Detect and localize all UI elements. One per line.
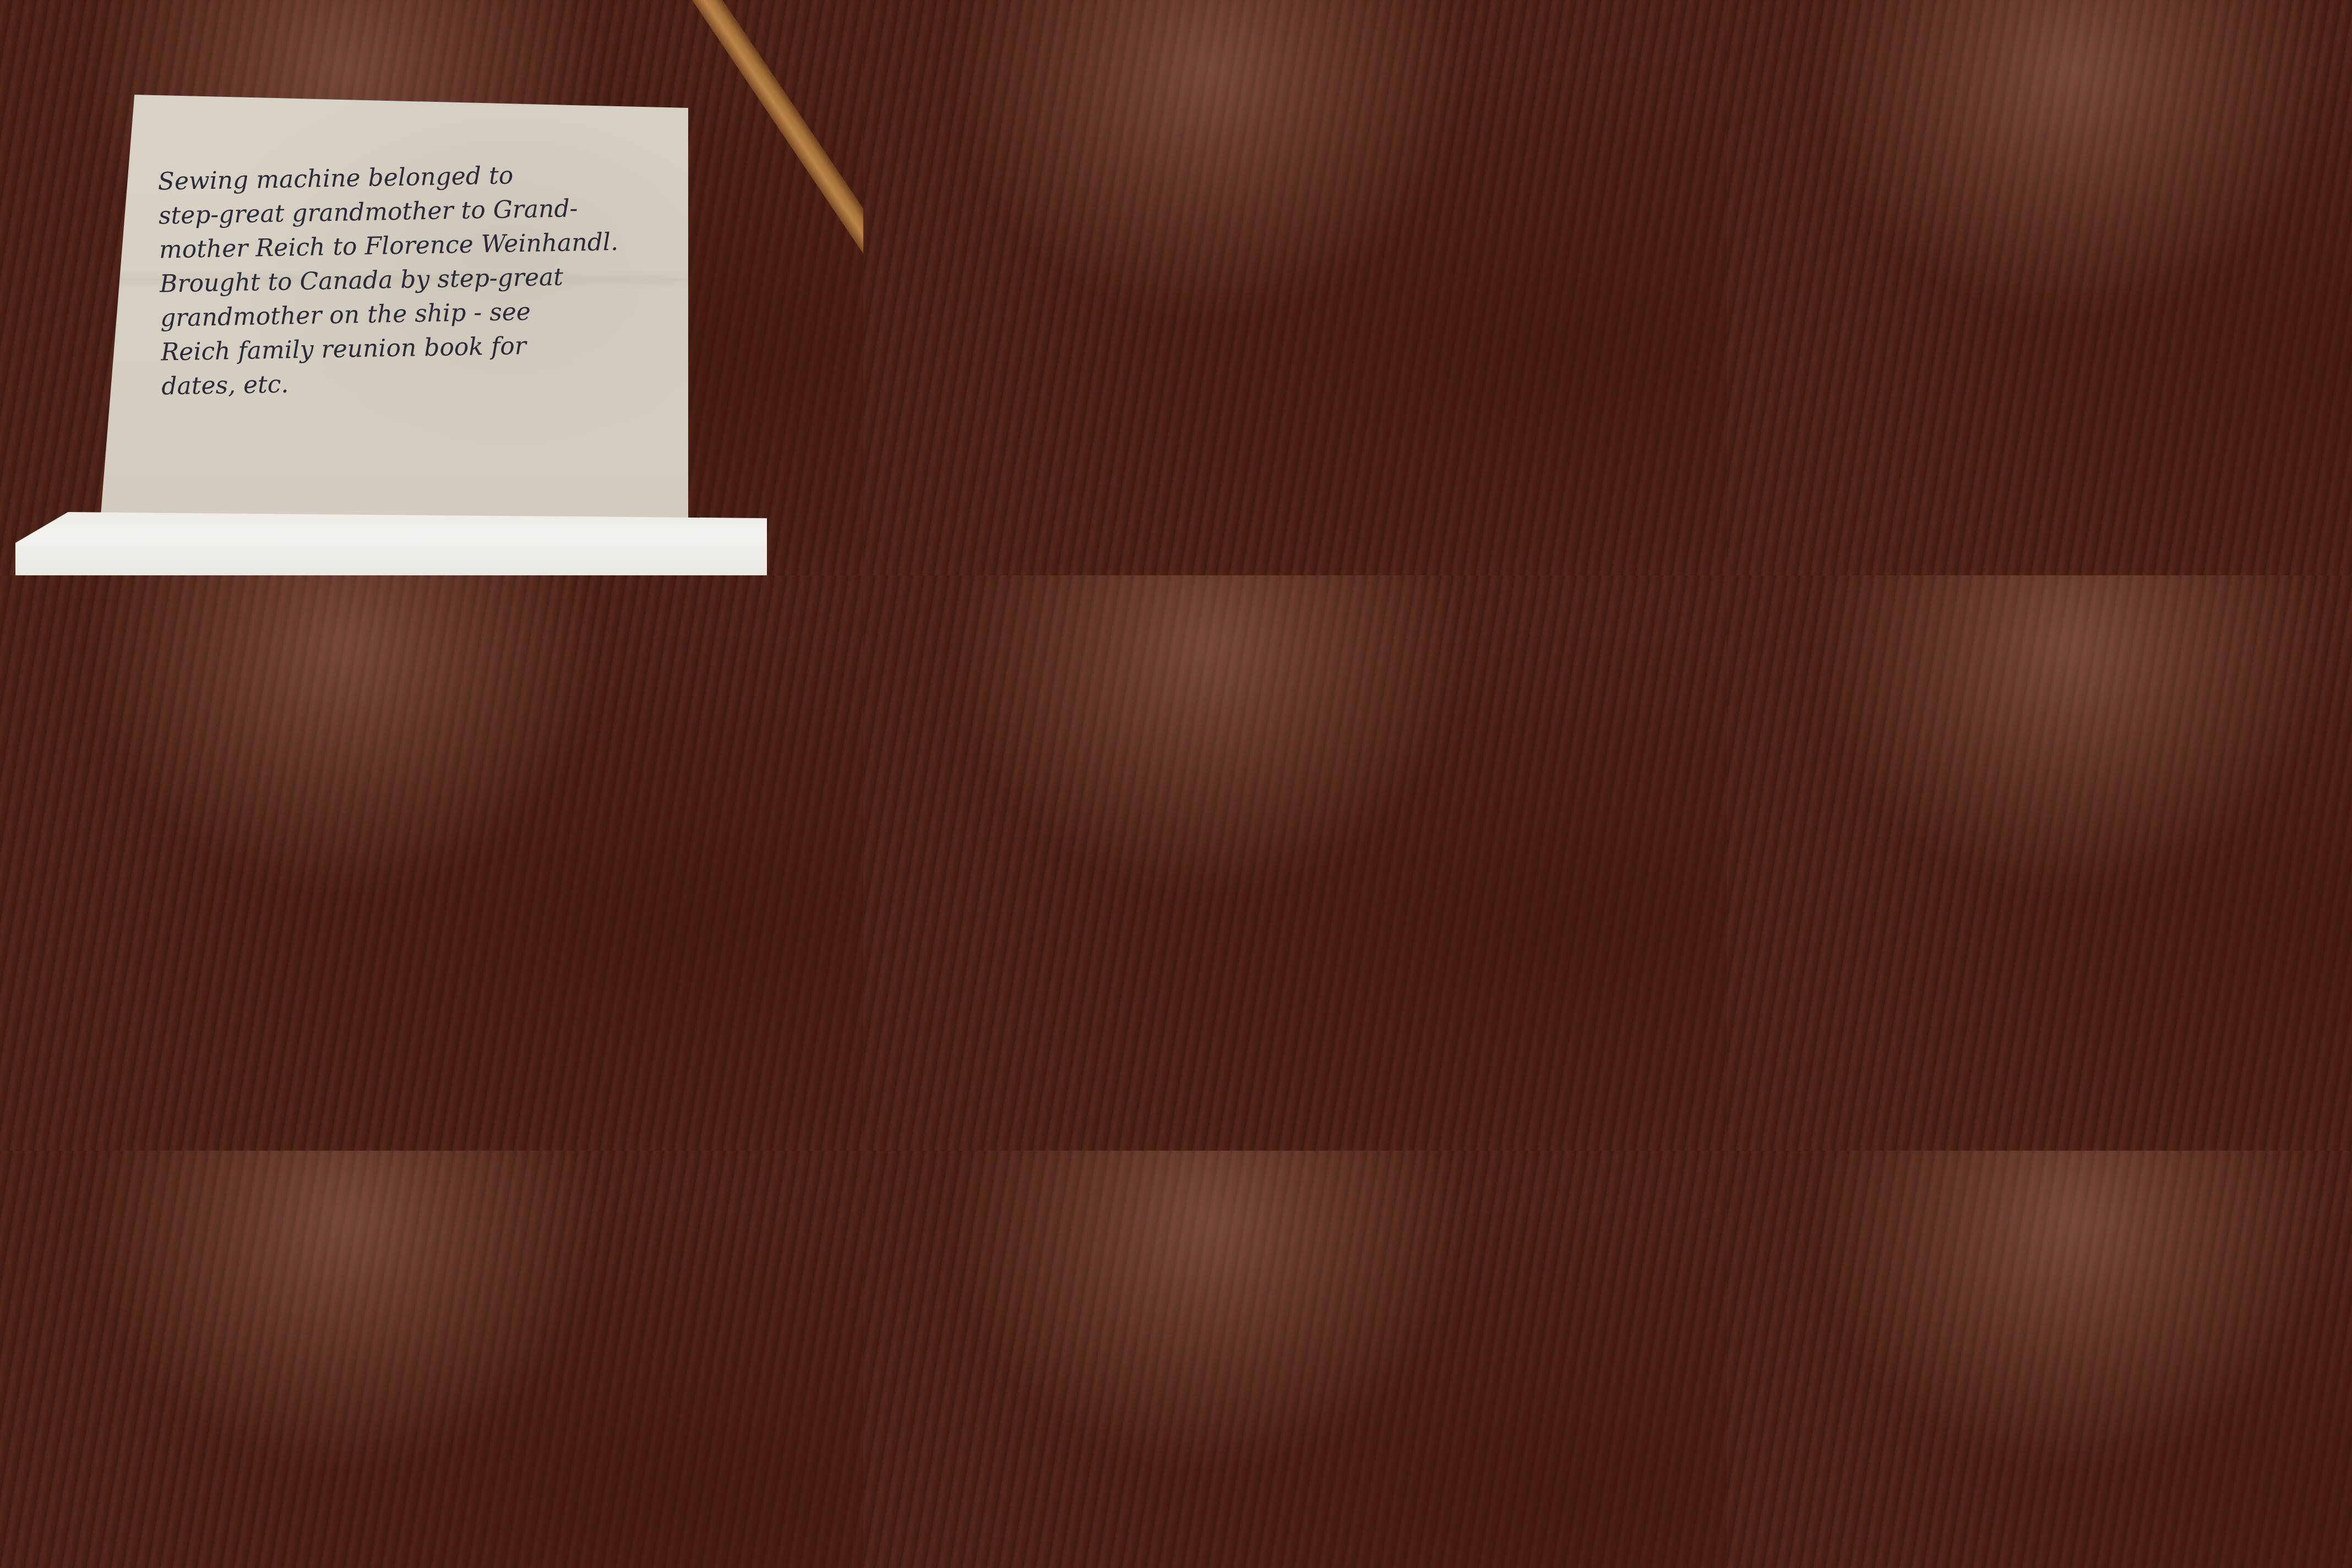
white-card-stand — [15, 512, 767, 575]
note-text: Sewing machine belonged to step-great gr… — [157, 157, 635, 404]
handwritten-note: Sewing machine belonged to step-great gr… — [99, 95, 688, 535]
wood-inlay-strip — [677, 0, 863, 389]
